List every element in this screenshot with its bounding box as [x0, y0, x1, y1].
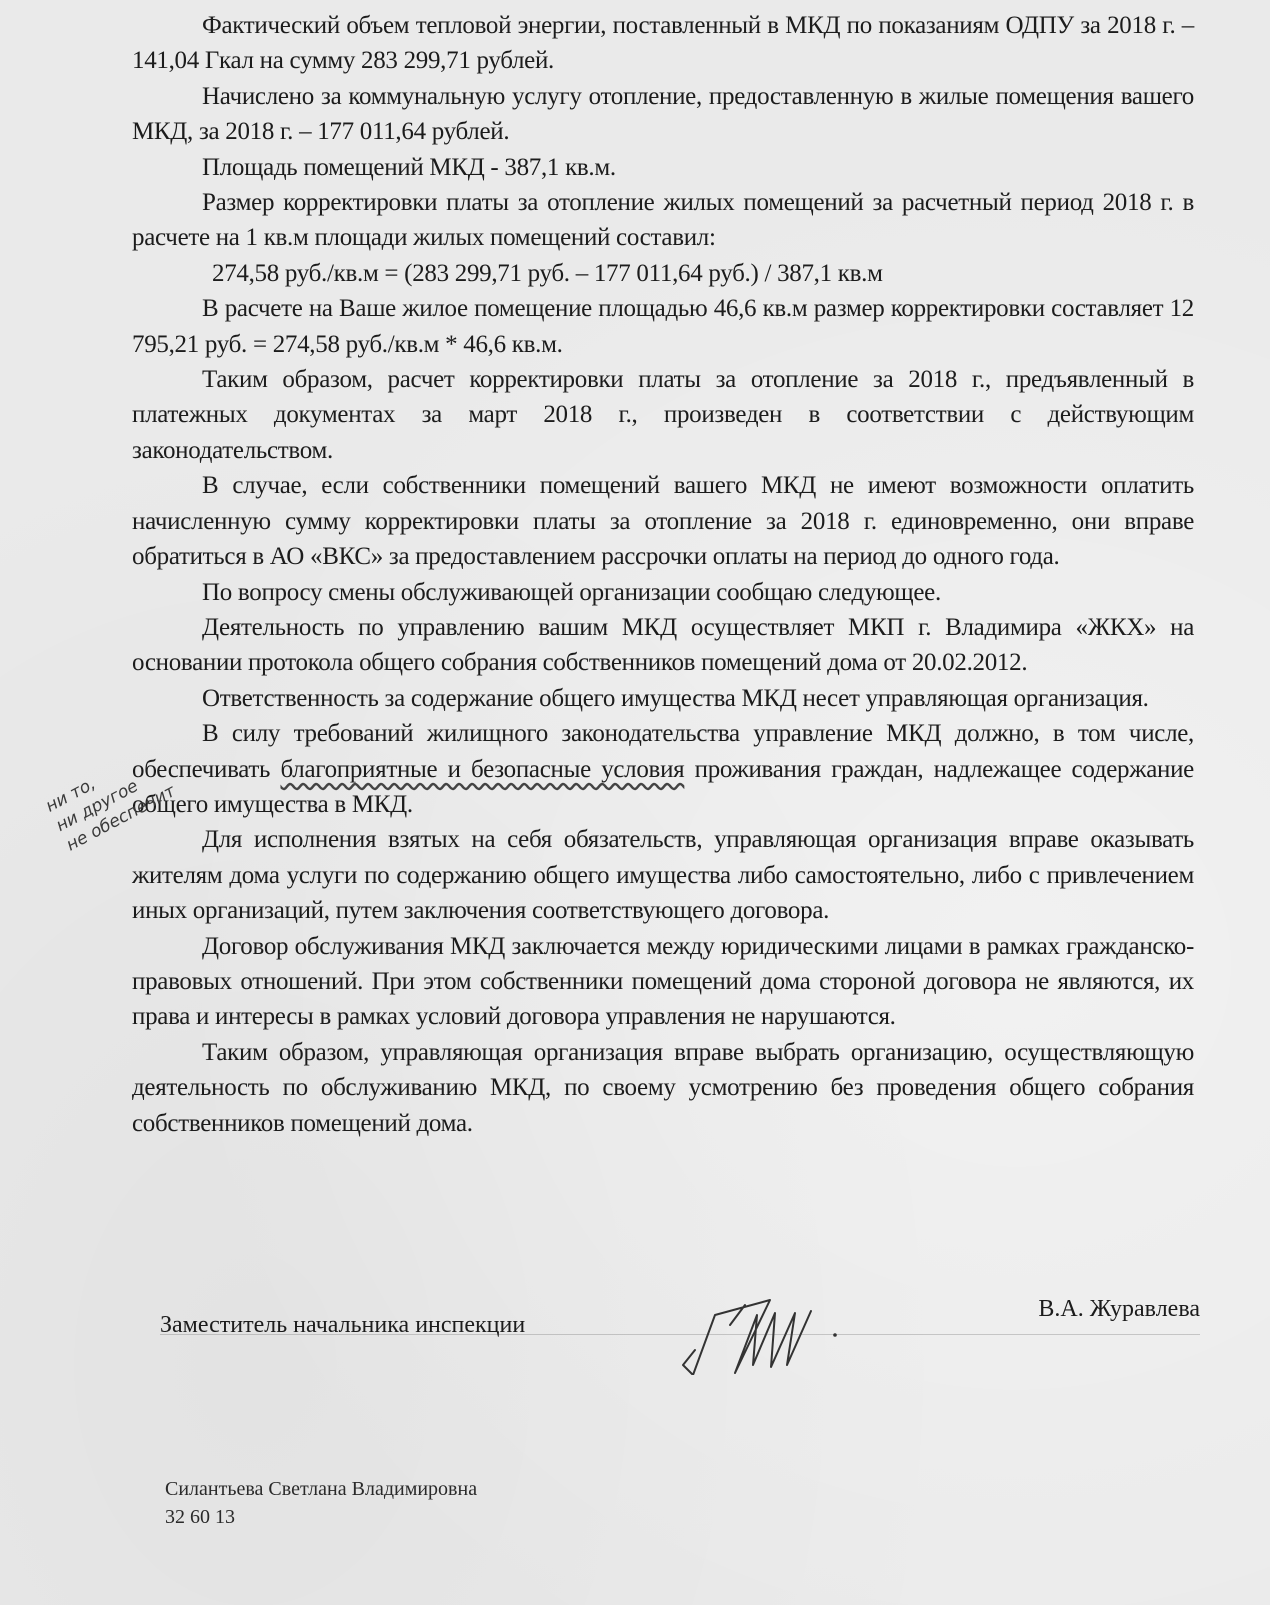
- paragraph-service-contract: Договор обслуживания МКД заключается меж…: [132, 929, 1194, 1035]
- paragraph-heat-volume: Фактический объем тепловой энергии, пост…: [132, 8, 1194, 79]
- underlined-phrase: благоприятные и безопасные условия: [280, 756, 684, 783]
- paragraph-charged-amount: Начислено за коммунальную услугу отоплен…: [132, 79, 1194, 150]
- paragraph-management: Деятельность по управлению вашим МКД осу…: [132, 610, 1194, 681]
- paragraph-housing-law: В силу требований жилищного законодатель…: [132, 716, 1194, 822]
- paragraph-area: Площадь помещений МКД - 387,1 кв.м.: [132, 150, 1194, 185]
- executor-info: Силантьева Светлана Владимировна 32 60 1…: [165, 1475, 477, 1531]
- paragraph-your-apartment: В расчете на Ваше жилое помещение площад…: [132, 291, 1194, 362]
- paragraph-conclusion-correction: Таким образом, расчет корректировки плат…: [132, 362, 1194, 468]
- executor-phone: 32 60 13: [165, 1503, 477, 1531]
- paragraph-service-org-question: По вопросу смены обслуживающей организац…: [132, 575, 1194, 610]
- paragraph-final-conclusion: Таким образом, управляющая организация в…: [132, 1035, 1194, 1141]
- paragraph-correction-size: Размер корректировки платы за отопление …: [132, 185, 1194, 256]
- paragraph-installment: В случае, если собственники помещений ва…: [132, 468, 1194, 574]
- signer-name: В.А. Журавлева: [1038, 1296, 1200, 1323]
- paragraph-obligations: Для исполнения взятых на себя обязательс…: [132, 822, 1194, 928]
- formula-per-sqm: 274,58 руб./кв.м = (283 299,71 руб. – 17…: [132, 256, 1194, 291]
- letter-body: Фактический объем тепловой энергии, пост…: [132, 8, 1194, 1141]
- signature-icon: [675, 1295, 875, 1375]
- executor-name: Силантьева Светлана Владимировна: [165, 1475, 477, 1503]
- paragraph-responsibility: Ответственность за содержание общего иму…: [132, 681, 1194, 716]
- signer-title: Заместитель начальника инспекции: [160, 1312, 525, 1339]
